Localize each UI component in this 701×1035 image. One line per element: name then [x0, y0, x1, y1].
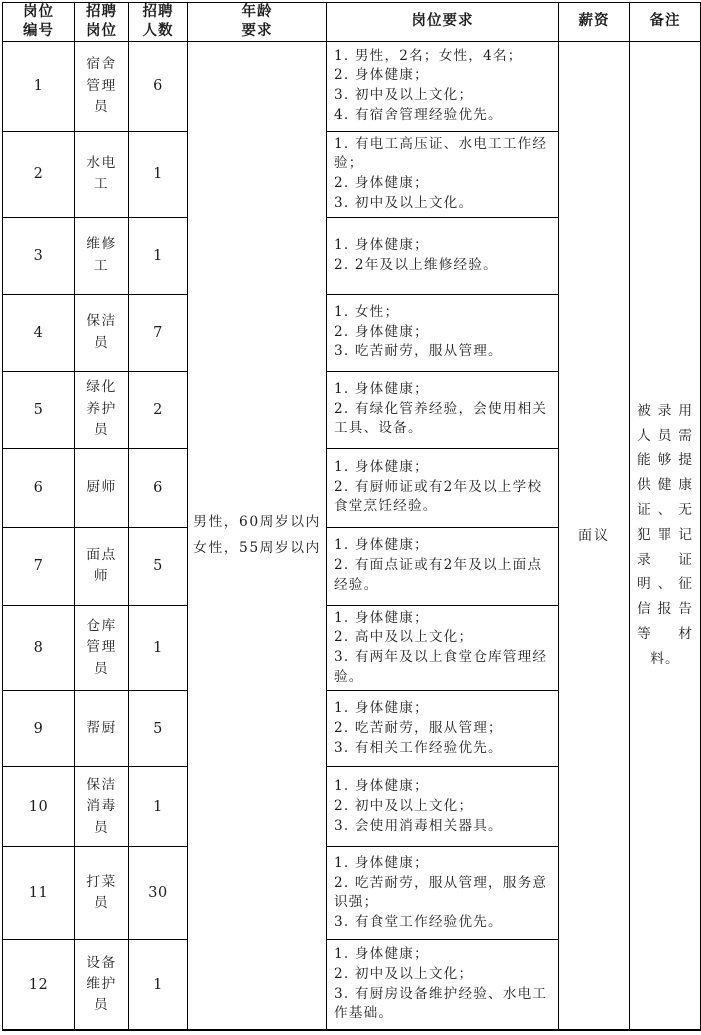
cell-position-title: 维修工 — [75, 217, 129, 294]
cell-headcount: 30 — [129, 847, 188, 940]
cell-headcount: 5 — [129, 691, 188, 767]
cell-job-requirements: 1. 身体健康； 2. 吃苦耐劳，服从管理； 3. 有相关工作经验优先。 — [327, 691, 559, 767]
header-position-title: 招聘 岗位 — [75, 3, 129, 42]
cell-headcount: 1 — [129, 605, 188, 691]
cell-job-requirements: 1. 身体健康； 2. 有厨师证或有2年及以上学校食堂烹饪经验。 — [327, 448, 559, 527]
cell-position-number: 9 — [3, 691, 75, 767]
cell-job-requirements: 1. 身体健康； 2. 初中及以上文化； 3. 会使用消毒相关器具。 — [327, 767, 559, 847]
cell-position-number: 1 — [3, 41, 75, 131]
cell-job-requirements: 1. 身体健康； 2. 初中及以上文化； 3. 有厨房设备维护经验、水电工作基础… — [327, 940, 559, 1030]
cell-position-number: 7 — [3, 527, 75, 605]
cell-headcount: 6 — [129, 41, 188, 131]
cell-position-number: 6 — [3, 448, 75, 527]
recruitment-table-page: 岗位 编号 招聘 岗位 招聘 人数 年龄 要求 岗位要求 薪资 备注 1 宿舍管… — [0, 0, 701, 1035]
cell-position-number: 5 — [3, 371, 75, 448]
cell-position-number: 8 — [3, 605, 75, 691]
header-position-number: 岗位 编号 — [3, 3, 75, 42]
cell-headcount: 1 — [129, 131, 188, 217]
job-positions-table: 岗位 编号 招聘 岗位 招聘 人数 年龄 要求 岗位要求 薪资 备注 1 宿舍管… — [2, 2, 701, 1031]
cell-remarks-merged: 被录用人员需能够提供健康证、无犯罪记录证明、征信报告等材料。 — [630, 41, 701, 1030]
cell-position-title: 保洁消毒员 — [75, 767, 129, 847]
cell-age-requirement-merged: 男性，60周岁以内 女性，55周岁以内 — [188, 41, 327, 1030]
cell-headcount: 2 — [129, 371, 188, 448]
cell-position-number: 11 — [3, 847, 75, 940]
table-row: 1 宿舍管理员 6 男性，60周岁以内 女性，55周岁以内 1. 男性，2名；女… — [3, 41, 701, 131]
cell-job-requirements: 1. 有电工高压证、水电工工作经验； 2. 身体健康； 3. 初中及以上文化。 — [327, 131, 559, 217]
cell-headcount: 1 — [129, 940, 188, 1030]
cell-headcount: 1 — [129, 217, 188, 294]
cell-position-title: 仓库管理员 — [75, 605, 129, 691]
remarks-text: 被录用人员需能够提供健康证、无犯罪记录证明、征信报告等材料。 — [637, 399, 693, 672]
cell-job-requirements: 1. 男性，2名；女性，4名； 2. 身体健康； 3. 初中及以上文化； 4. … — [327, 41, 559, 131]
cell-position-number: 3 — [3, 217, 75, 294]
cell-job-requirements: 1. 身体健康； 2. 2年及以上维修经验。 — [327, 217, 559, 294]
cell-job-requirements: 1. 身体健康； 2. 有面点证或有2年及以上面点经验。 — [327, 527, 559, 605]
cell-headcount: 5 — [129, 527, 188, 605]
cell-position-title: 帮厨 — [75, 691, 129, 767]
cell-position-title: 打菜员 — [75, 847, 129, 940]
cell-position-number: 4 — [3, 294, 75, 371]
cell-position-title: 宿舍管理员 — [75, 41, 129, 131]
cell-position-title: 设备维护员 — [75, 940, 129, 1030]
cell-salary-merged: 面议 — [559, 41, 630, 1030]
cell-job-requirements: 1. 身体健康； 2. 高中及以上文化； 3. 有两年及以上食堂仓库管理经验。 — [327, 605, 559, 691]
header-headcount: 招聘 人数 — [129, 3, 188, 42]
cell-headcount: 1 — [129, 767, 188, 847]
header-row: 岗位 编号 招聘 岗位 招聘 人数 年龄 要求 岗位要求 薪资 备注 — [3, 3, 701, 42]
cell-job-requirements: 1. 女性； 2. 身体健康； 3. 吃苦耐劳，服从管理。 — [327, 294, 559, 371]
cell-position-number: 12 — [3, 940, 75, 1030]
cell-position-title: 面点师 — [75, 527, 129, 605]
age-requirement-text: 男性，60周岁以内 女性，55周岁以内 — [193, 509, 321, 561]
header-salary: 薪资 — [559, 3, 630, 42]
cell-position-title: 水电工 — [75, 131, 129, 217]
cell-job-requirements: 1. 身体健康； 2. 吃苦耐劳，服从管理，服务意识强； 3. 有食堂工作经验优… — [327, 847, 559, 940]
cell-job-requirements: 1. 身体健康； 2. 有绿化管养经验，会使用相关工具、设备。 — [327, 371, 559, 448]
cell-headcount: 6 — [129, 448, 188, 527]
header-job-requirements: 岗位要求 — [327, 3, 559, 42]
cell-position-number: 10 — [3, 767, 75, 847]
cell-position-title: 保洁员 — [75, 294, 129, 371]
header-age-requirement: 年龄 要求 — [188, 3, 327, 42]
header-remarks: 备注 — [630, 3, 701, 42]
cell-headcount: 7 — [129, 294, 188, 371]
cell-position-number: 2 — [3, 131, 75, 217]
cell-position-title: 厨师 — [75, 448, 129, 527]
cell-position-title: 绿化养护员 — [75, 371, 129, 448]
